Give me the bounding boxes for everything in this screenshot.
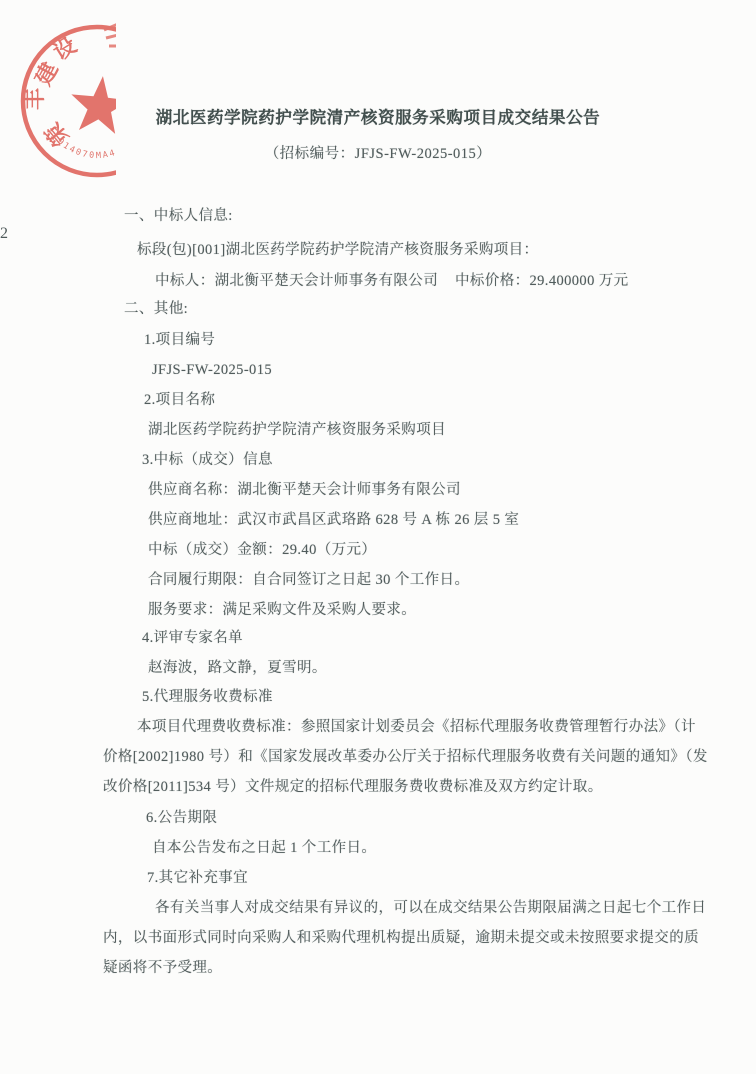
item-label-experts: 4.评审专家名单 <box>142 628 243 648</box>
section1-heading: 一、中标人信息: <box>124 206 233 226</box>
lot-line: 标段(包)[001]湖北医药学院药护学院清产核资服务采购项目： <box>137 240 538 260</box>
project-name-value: 湖北医药学院药护学院清产核资服务采购项目 <box>148 420 446 440</box>
item-label-project-name: 2.项目名称 <box>144 390 215 410</box>
service-requirement-line: 服务要求：满足采购文件及采购人要求。 <box>148 600 416 620</box>
contract-period-line: 合同履行期限：自合同签订之日起 30 个工作日。 <box>148 570 469 590</box>
supplementary-line-1: 各有关当事人对成交结果有异议的，可以在成交结果公告期限届满之日起七个工作日 <box>155 898 706 918</box>
item-label-project-number: 1.项目编号 <box>144 330 215 350</box>
supplier-address-line: 供应商地址：武汉市武昌区武珞路 628 号 A 栋 26 层 5 室 <box>148 510 519 530</box>
agency-fee-line-2: 价格[2002]1980 号）和《国家发展改革委办公厅关于招标代理服务收费有关问… <box>103 747 708 767</box>
winner-price: 中标价格：29.400000 万元 <box>455 271 629 291</box>
agency-fee-line-3: 改价格[2011]534 号）文件规定的招标代理服务费收费标准及双方约定计取。 <box>103 777 603 797</box>
item-label-agency-fee: 5.代理服务收费标准 <box>142 687 273 707</box>
tender-number-subtitle: （招标编号：JFJS-FW-2025-015） <box>0 144 756 164</box>
item-label-award-info: 3.中标（成交）信息 <box>142 450 273 470</box>
project-number-value: JFJS-FW-2025-015 <box>152 360 272 380</box>
item-label-supplementary: 7.其它补充事宜 <box>147 868 248 888</box>
award-amount-line: 中标（成交）金额：29.40（万元） <box>148 540 376 560</box>
page-title: 湖北医药学院药护学院清产核资服务采购项目成交结果公告 <box>0 108 756 128</box>
section2-heading: 二、其他: <box>124 299 188 319</box>
seal-char-3: 设 <box>49 32 81 65</box>
winner-name: 中标人：湖北衡平楚天会计师事务有限公司 <box>155 271 438 291</box>
scanned-document-page: 湖北医药学院药护学院清产核资服务采购项目成交结果公告 （招标编号：JFJS-FW… <box>0 0 756 1074</box>
seal-char-1: 丰 <box>22 88 47 110</box>
experts-names-line: 赵海波，路文静，夏雪明。 <box>148 658 327 678</box>
agency-fee-line-1: 本项目代理费收费标准：参照国家计划委员会《招标代理服务收费管理暂行办法》（计 <box>137 717 696 737</box>
supplementary-line-2: 内，以书面形式同时向采购人和采购代理机构提出质疑，逾期未提交或未按照要求提交的质 <box>103 928 699 948</box>
item-label-announcement-period: 6.公告期限 <box>146 808 217 828</box>
announcement-period-line: 自本公告发布之日起 1 个工作日。 <box>152 838 376 858</box>
scan-smudge-3 <box>0 222 4 225</box>
supplier-name-line: 供应商名称：湖北衡平楚天会计师事务有限公司 <box>148 480 461 500</box>
supplementary-line-3: 疑函将不予受理。 <box>103 958 222 978</box>
